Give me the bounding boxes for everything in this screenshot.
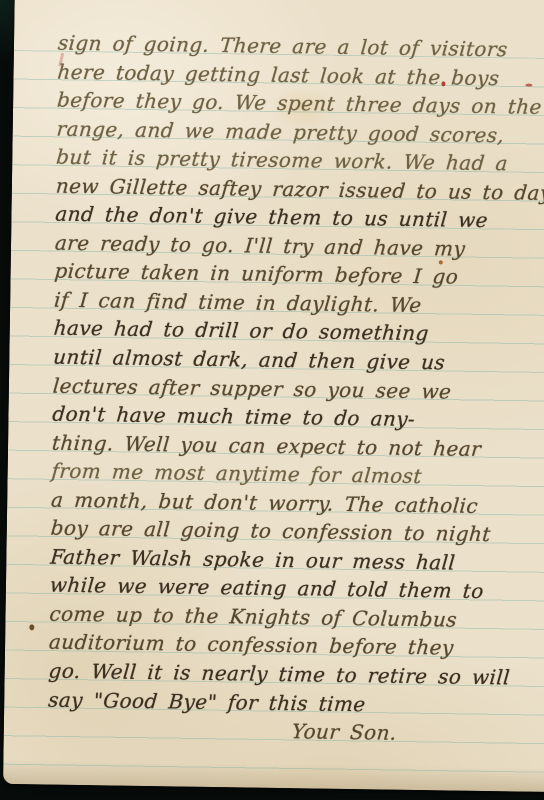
handwritten-text: but it is pretty tiresome work. We had a bbox=[55, 145, 509, 176]
letter-body: sign of going. There are a lot of visito… bbox=[47, 29, 544, 751]
letter-page: sign of going. There are a lot of visito… bbox=[3, 0, 544, 793]
handwritten-text: auditorium to confession before they bbox=[48, 630, 455, 660]
handwritten-text: picture taken in uniform before I go bbox=[54, 259, 460, 289]
handwritten-text: here today getting last look at the boys bbox=[57, 59, 501, 90]
handwritten-text: if I can find time in daylight. We bbox=[53, 288, 422, 317]
paper-speck bbox=[29, 624, 34, 630]
handwritten-text: come up to the Knights of Columbus bbox=[49, 602, 458, 632]
handwritten-text: have had to drill or do something bbox=[53, 316, 430, 346]
handwritten-text: range, and we made pretty good scores, bbox=[56, 116, 506, 147]
handwritten-text: before they go. We spent three days on t… bbox=[56, 88, 543, 119]
handwritten-text: a month, but don't worry. The catholic bbox=[50, 487, 479, 517]
scan-background: sign of going. There are a lot of visito… bbox=[0, 0, 544, 800]
handwritten-text: don't have much time to do any- bbox=[52, 402, 417, 431]
handwritten-text: and the don't give them to us until we bbox=[54, 202, 489, 232]
handwritten-text: go. Well it is nearly time to retire so … bbox=[48, 659, 511, 690]
handwritten-text: sign of going. There are a lot of visito… bbox=[57, 31, 509, 62]
handwritten-text: lectures after supper so you see we bbox=[52, 373, 452, 403]
handwritten-text: until almost dark, and then give us bbox=[52, 345, 446, 375]
handwritten-text: Your Son. bbox=[291, 719, 398, 745]
handwritten-text: while we were eating and told them to bbox=[49, 573, 485, 603]
handwritten-text: Father Walsh spoke in our mess hall bbox=[49, 544, 456, 574]
handwritten-text: boy are all going to confession to night bbox=[50, 516, 492, 546]
handwritten-text: thing. Well you can expect to not hear bbox=[51, 430, 482, 460]
handwritten-text: say "Good Bye" for this time bbox=[47, 687, 366, 716]
handwritten-text: are ready to go. I'll try and have my bbox=[54, 230, 466, 260]
handwritten-text: from me most anytime for almost bbox=[51, 459, 423, 488]
